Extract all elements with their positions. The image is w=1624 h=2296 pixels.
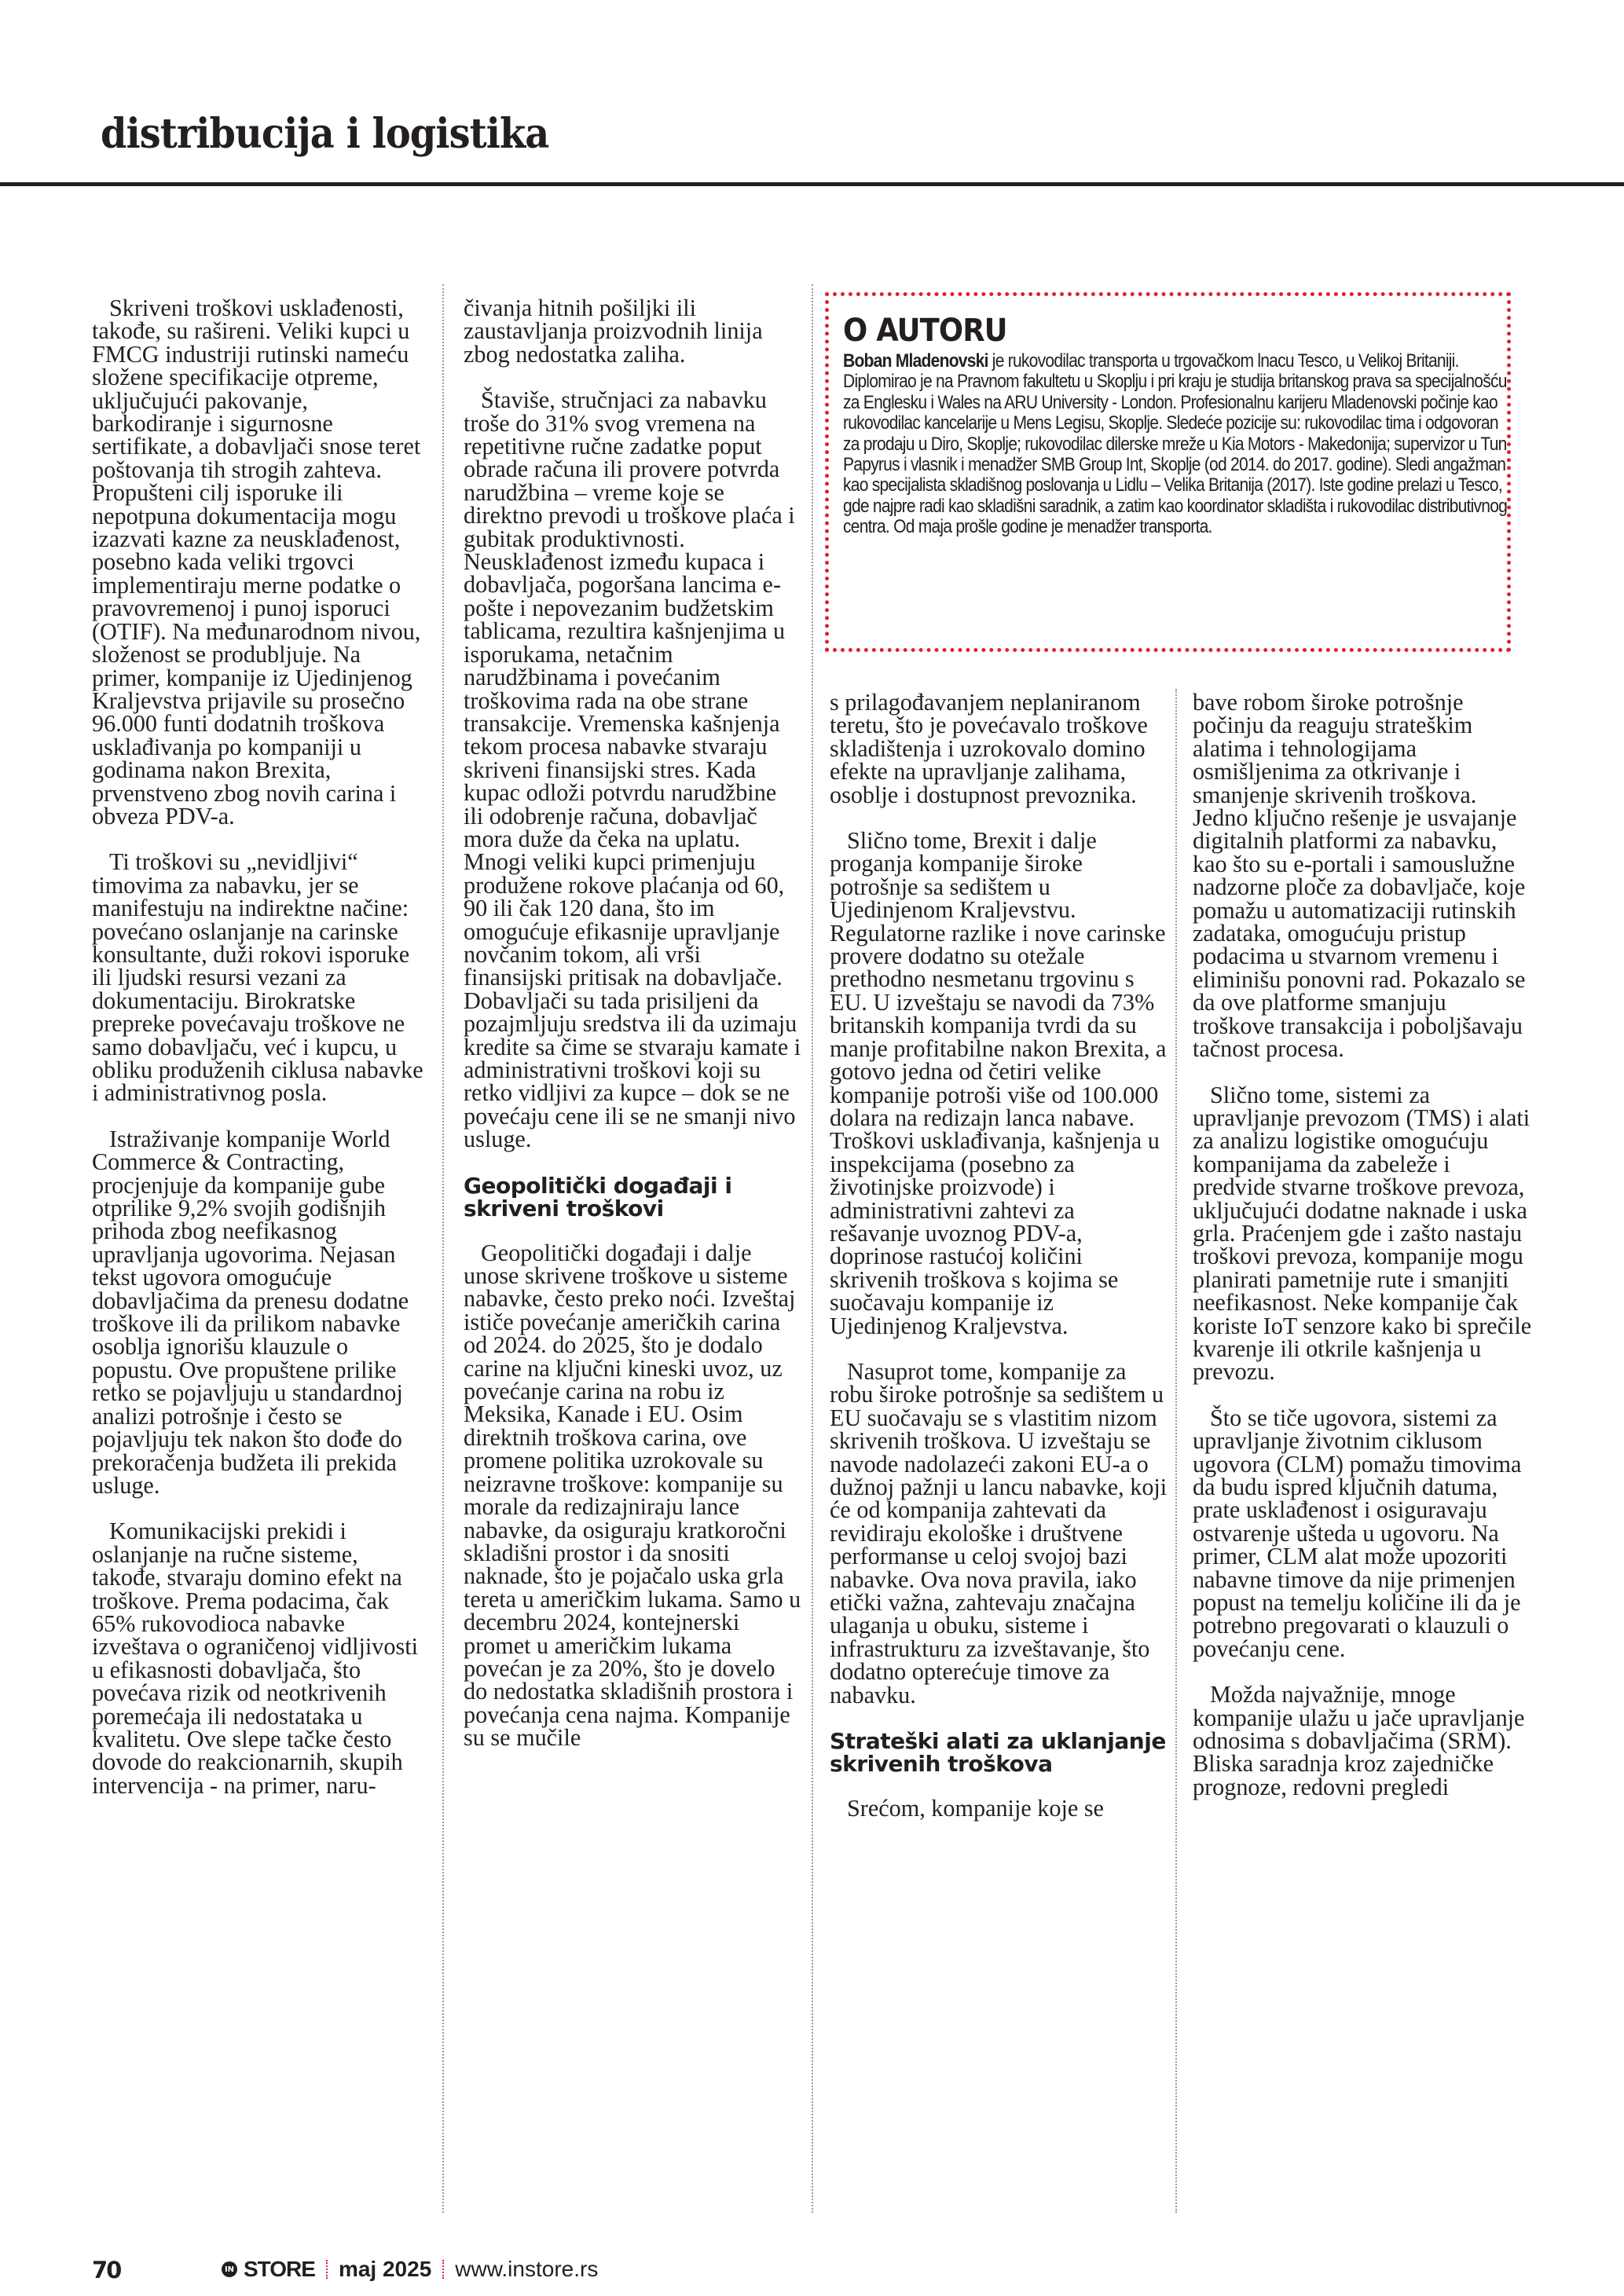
author-box: O AUTORU Boban Mladenovski je rukovodila…	[825, 292, 1511, 652]
column-divider	[1175, 689, 1177, 2213]
section-title: distribucija i logistika	[101, 110, 548, 158]
paragraph: Slično tome, sistemi za upravljanje prev…	[1193, 1084, 1532, 1384]
column-divider	[442, 284, 444, 2213]
author-name: Boban Mladenovski	[843, 350, 988, 372]
paragraph: Istraživanje kompanije World Commerce & …	[92, 1128, 430, 1498]
paragraph: Možda najvažnije, mnoge kompanije ulažu …	[1193, 1683, 1532, 1799]
article-column-2: čivanja hitnih pošiljki ili zaustavljanj…	[464, 297, 801, 1773]
paragraph: Geopolitički događaji i dalje unose skri…	[464, 1242, 801, 1750]
paragraph: Skriveni troškovi usklađenosti, takođe, …	[92, 297, 430, 828]
paragraph: s prilagođavanjem neplaniranom teretu, š…	[830, 691, 1169, 807]
instore-logo-icon: IN	[222, 2261, 237, 2277]
paragraph: bave robom široke potrošnje počinju da r…	[1193, 691, 1532, 1061]
publication-info: IN STORE maj 2025 www.instore.rs	[222, 2257, 598, 2282]
paragraph: Nasuprot tome, kompanije za robu široke …	[830, 1360, 1169, 1707]
author-bio: Boban Mladenovski je rukovodilac transpo…	[843, 351, 1509, 538]
page-footer: 70 IN STORE maj 2025 www.instore.rs	[0, 2257, 1624, 2288]
issue-date: maj 2025	[339, 2257, 431, 2282]
footer-separator	[442, 2260, 444, 2279]
publication-brand: STORE	[244, 2257, 315, 2282]
subheading-geopolitics: Geopolitički događaji i skriveni troškov…	[464, 1174, 801, 1220]
paragraph: čivanja hitnih pošiljki ili zaustavljanj…	[464, 297, 801, 366]
author-bio-text: je rukovodilac transporta u trgovačkom l…	[843, 350, 1507, 537]
column-divider	[812, 284, 813, 2213]
article-column-3: s prilagođavanjem neplaniranom teretu, š…	[830, 691, 1169, 1843]
paragraph: Srećom, kompanije koje se	[830, 1797, 1169, 1820]
footer-separator	[326, 2260, 328, 2279]
paragraph: Slično tome, Brexit i dalje proganja kom…	[830, 829, 1169, 1338]
paragraph: Ti troškovi su „nevidljivi“ timovima za …	[92, 851, 430, 1104]
article-column-4: bave robom široke potrošnje počinju da r…	[1193, 691, 1532, 1822]
paragraph: Što se tiče ugovora, sistemi za upravlja…	[1193, 1407, 1532, 1661]
subheading-strategic-tools: Strateški alati za uklanjanje skrivenih …	[830, 1730, 1169, 1775]
website-link[interactable]: www.instore.rs	[455, 2257, 598, 2282]
author-box-heading: O AUTORU	[843, 313, 1441, 348]
paragraph: Štaviše, stručnjaci za nabavku troše do …	[464, 389, 801, 1151]
article-column-1: Skriveni troškovi usklađenosti, takođe, …	[92, 297, 430, 1820]
header-rule	[0, 182, 1624, 186]
page-number: 70	[92, 2257, 120, 2283]
paragraph: Komunikacijski prekidi i oslanjanje na r…	[92, 1520, 430, 1797]
